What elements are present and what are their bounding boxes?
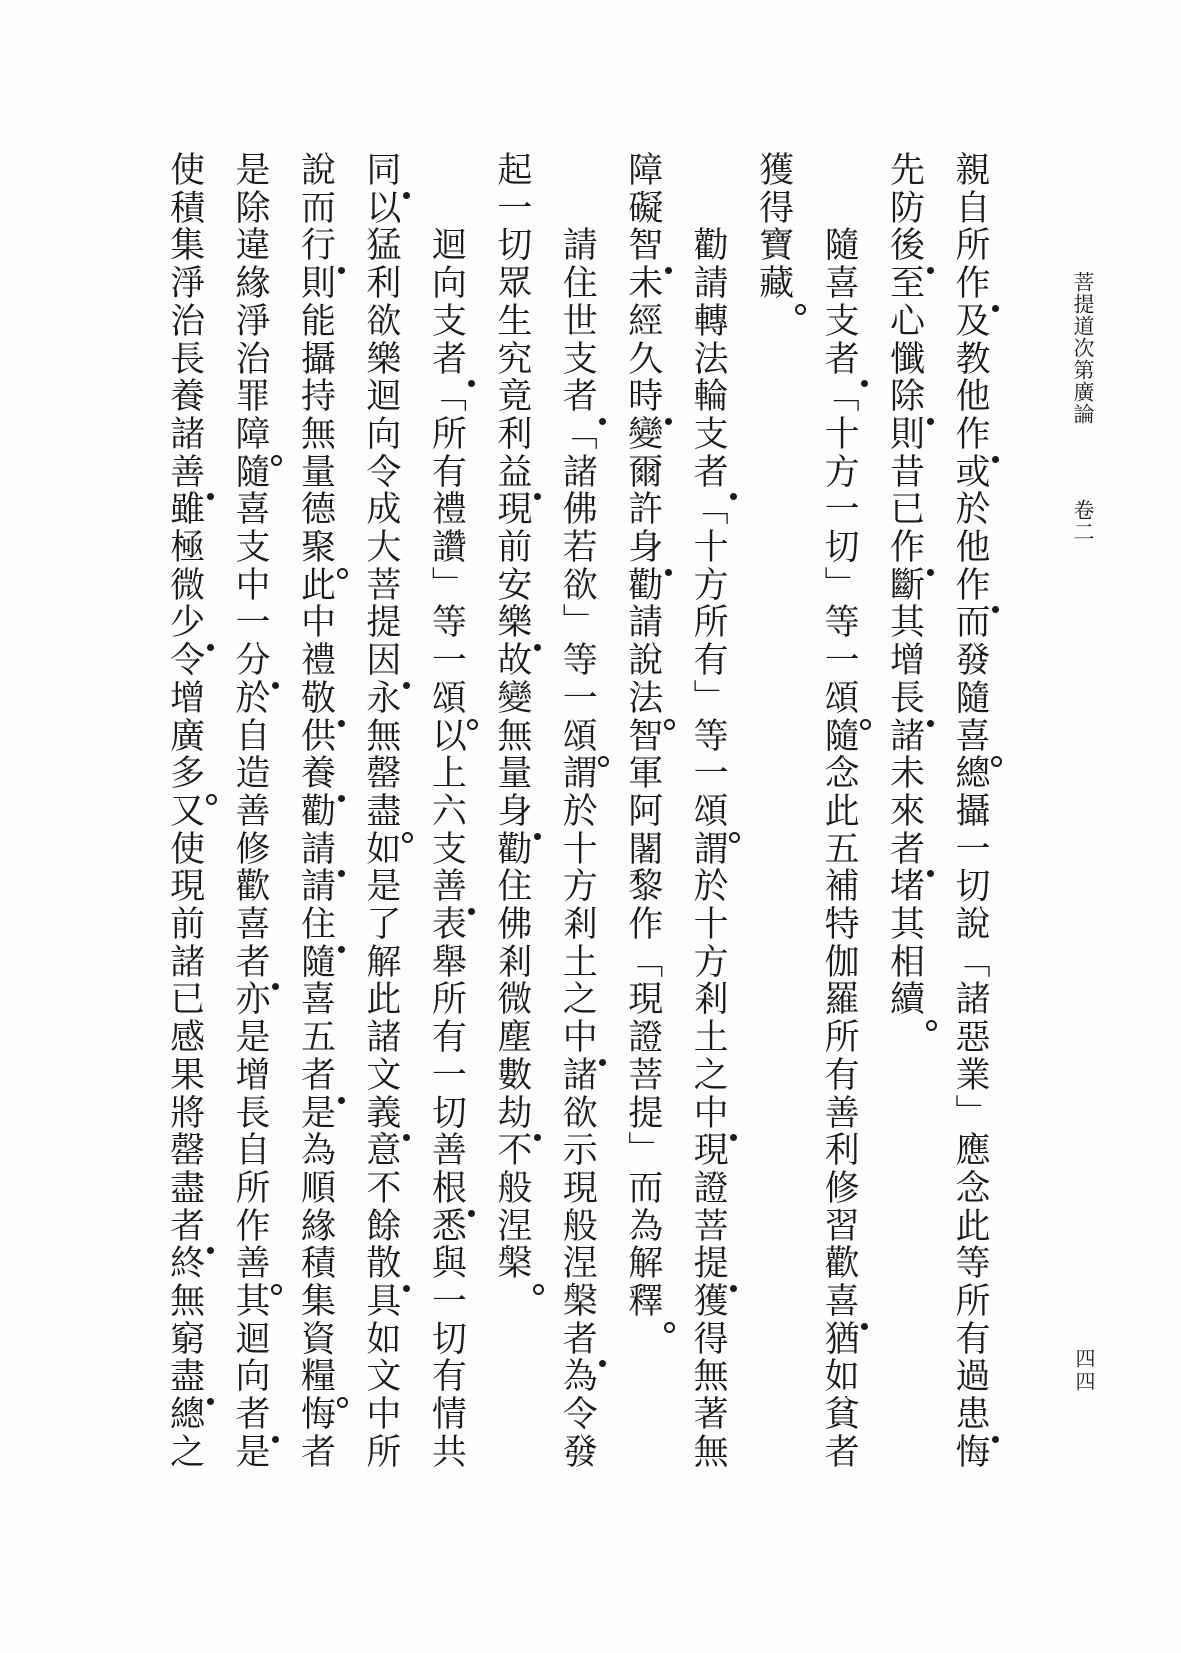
pause-dot-mark [730,1285,737,1292]
char-cell: 持 [301,378,337,416]
char-cell: 五 [301,1019,337,1057]
char-cell: 而 [955,604,991,642]
char-cell: 獲 [759,152,795,190]
period-circle-mark [467,719,478,730]
period-circle-mark [926,1020,937,1031]
char-cell: 方 [693,567,729,605]
char-cell: 頌 [824,680,860,718]
pause-dot-mark [338,870,345,877]
char-cell: 已 [890,491,926,529]
pause-dot-mark [534,644,541,651]
char-cell: 支 [431,303,467,341]
char-cell: 悉 [431,1208,467,1246]
char-cell: 自 [235,718,271,756]
char-cell: 根 [431,1170,467,1208]
char-cell: 者 [431,341,467,379]
char-cell: 積 [301,1245,337,1283]
char-cell: 菩 [693,1208,729,1246]
char-cell: 將 [170,1095,206,1133]
char-cell: 伽 [824,944,860,982]
char-cell: 中 [301,604,337,642]
char-cell: 又 [170,793,206,831]
char-cell: 為 [562,1358,598,1396]
char-cell: 治 [170,303,206,341]
char-cell: 具 [366,1283,402,1321]
char-cell: 提 [366,604,402,642]
char-cell: 增 [170,680,206,718]
pause-dot-mark [207,1247,214,1254]
char-cell: 謂 [562,755,598,793]
char-cell: 微 [170,567,206,605]
period-circle-mark [795,304,806,315]
char-cell: 向 [235,1358,271,1396]
char-cell: 所 [955,227,991,265]
pause-dot-mark [927,418,934,425]
char-cell: 勸 [693,227,729,265]
char-cell: ﹁ [628,944,664,982]
char-cell: 於 [693,868,729,906]
char-cell: 盡 [170,1358,206,1396]
char-cell: 現 [628,981,664,1019]
pause-dot-mark [534,493,541,500]
book-page: 菩提道次第廣論 卷二 四四 親自所作及教他作或於他作而發隨喜總攝一切說﹁諸惡業﹂… [0,0,1181,1653]
pause-dot-mark [992,1436,999,1443]
pause-dot-mark [403,1134,410,1141]
char-cell: 者 [693,454,729,492]
char-cell: 集 [301,1283,337,1321]
char-cell: 究 [497,341,533,379]
char-cell: 獲 [693,1283,729,1321]
char-cell: 習 [824,1208,860,1246]
char-cell: 菩 [366,567,402,605]
char-cell: 諸 [955,981,991,1019]
char-cell: 等 [693,718,729,756]
char-cell: 作 [235,1208,271,1246]
char-cell: 作 [955,567,991,605]
char-cell: 方 [562,868,598,906]
running-head-title: 菩提道次第廣論 [1071,271,1095,425]
char-cell: 使 [170,831,206,869]
char-cell: 順 [301,1170,337,1208]
period-circle-mark [402,832,413,843]
char-cell: 向 [431,265,467,303]
char-cell: 提 [628,1095,664,1133]
char-cell: 示 [562,1132,598,1170]
char-cell: 則 [301,265,337,303]
char-cell: 先 [890,152,926,190]
char-cell: 養 [170,378,206,416]
char-cell: 等 [562,642,598,680]
char-cell: 向 [366,416,402,454]
char-cell: 者 [235,1396,271,1434]
pause-dot-mark [468,1210,475,1217]
char-cell: 表 [431,906,467,944]
char-cell: 生 [497,303,533,341]
char-cell: 支 [235,529,271,567]
char-cell: 有 [955,1321,991,1359]
char-cell: 十 [562,831,598,869]
char-cell: 證 [628,1019,664,1057]
char-cell: 喜 [955,718,991,756]
char-cell: 解 [366,944,402,982]
char-cell: 分 [235,642,271,680]
char-cell: 自 [235,1132,271,1170]
char-cell: ﹁ [955,944,991,982]
char-cell: 諸 [890,718,926,756]
char-cell: 積 [170,190,206,228]
char-cell: 補 [824,868,860,906]
char-cell: 集 [170,227,206,265]
char-cell: 智 [628,718,664,756]
period-circle-mark [337,1397,348,1408]
char-cell: 一 [955,831,991,869]
char-cell: 行 [301,227,337,265]
period-circle-mark [206,794,217,805]
period-circle-mark [729,832,740,843]
char-cell: 量 [497,755,533,793]
char-cell: 者 [890,831,926,869]
char-cell: 支 [824,303,860,341]
char-cell: 令 [562,1396,598,1434]
char-cell: 說 [955,906,991,944]
char-cell: 防 [890,190,926,228]
char-cell: 終 [170,1245,206,1283]
char-cell: 劫 [497,1095,533,1133]
char-cell: 善 [824,1095,860,1133]
char-cell: 其 [890,604,926,642]
char-cell: 隨 [955,680,991,718]
char-cell: 自 [955,190,991,228]
char-cell: 悔 [955,1434,991,1472]
pause-dot-mark [730,493,737,500]
char-cell: 一 [693,755,729,793]
char-cell: 方 [693,944,729,982]
char-cell: 身 [497,793,533,831]
char-cell: 此 [824,793,860,831]
char-cell: 一 [431,642,467,680]
char-cell: 所 [431,981,467,1019]
char-cell: ﹂ [955,1095,991,1133]
char-cell: 現 [562,1170,598,1208]
char-cell: 少 [170,604,206,642]
char-cell: 住 [562,265,598,303]
char-cell: 無 [497,718,533,756]
char-cell: 微 [497,981,533,1019]
period-circle-mark [533,1284,544,1295]
char-cell: 障 [235,416,271,454]
char-cell: 五 [824,831,860,869]
char-cell: 或 [955,454,991,492]
period-circle-mark [271,1284,282,1295]
char-cell: 羅 [824,981,860,1019]
char-cell: 緣 [235,265,271,303]
pause-dot-mark [534,833,541,840]
char-cell: 喜 [824,1283,860,1321]
char-cell: 懺 [890,341,926,379]
char-cell: 等 [431,604,467,642]
char-cell: 安 [497,567,533,605]
char-cell: 敬 [301,680,337,718]
char-cell: 所 [431,416,467,454]
char-cell: 是 [235,152,271,190]
char-cell: 經 [628,303,664,341]
char-cell: 隨 [235,454,271,492]
char-cell: 他 [955,378,991,416]
char-cell: 糧 [301,1358,337,1396]
char-cell: 者 [301,1057,337,1095]
char-cell: 不 [366,1170,402,1208]
char-cell: 罄 [170,1132,206,1170]
char-cell: 十 [693,906,729,944]
char-cell: 得 [759,190,795,228]
char-cell: 盡 [170,1170,206,1208]
char-cell: 作 [955,416,991,454]
char-cell: 情 [431,1396,467,1434]
char-cell: 共 [431,1434,467,1472]
char-cell: 現 [693,1132,729,1170]
char-cell: 諸 [170,416,206,454]
char-cell: 能 [301,303,337,341]
char-cell: 於 [562,793,598,831]
char-cell: 未 [628,265,664,303]
char-cell: ﹁ [824,378,860,416]
char-cell: 變 [628,416,664,454]
char-cell: 同 [366,152,402,190]
pause-dot-mark [665,569,672,576]
char-cell: 義 [366,1095,402,1133]
char-cell: ﹂ [431,567,467,605]
char-cell: 竟 [497,378,533,416]
char-cell: 為 [301,1132,337,1170]
period-circle-mark [991,756,1002,767]
char-cell: 久 [628,341,664,379]
char-cell: 修 [824,1170,860,1208]
pause-dot-mark [207,644,214,651]
char-cell: 如 [824,1358,860,1396]
char-cell: 欲 [562,567,598,605]
char-cell: 有 [431,454,467,492]
char-cell: 已 [170,981,206,1019]
char-cell: 無 [366,718,402,756]
char-cell: 法 [628,680,664,718]
pause-dot-mark [599,1059,606,1066]
char-cell: 之 [693,1057,729,1095]
char-cell: 患 [955,1396,991,1434]
char-cell: 喜 [824,265,860,303]
char-cell: 上 [431,755,467,793]
char-cell: 樂 [497,604,533,642]
char-cell: 礙 [628,190,664,228]
char-cell: 爾 [628,454,664,492]
char-cell: 迴 [431,227,467,265]
char-cell: 喜 [301,981,337,1019]
pause-dot-mark [468,380,475,387]
char-cell: 餘 [366,1208,402,1246]
char-cell: ﹁ [431,378,467,416]
char-cell: 其 [235,1283,271,1321]
char-cell: 若 [562,529,598,567]
pause-dot-mark [272,1436,279,1443]
char-cell: 極 [170,529,206,567]
char-cell: 塵 [497,1019,533,1057]
char-cell: 者 [824,1434,860,1472]
char-cell: 猶 [824,1321,860,1359]
running-head-volume: 卷二 [1071,499,1095,543]
char-cell: 發 [562,1434,598,1472]
char-cell: 至 [890,265,926,303]
char-cell: 過 [955,1358,991,1396]
char-cell: 一 [824,642,860,680]
char-cell: 未 [890,755,926,793]
pause-dot-mark [338,1097,345,1104]
period-circle-mark [598,756,609,767]
pause-dot-mark [338,267,345,274]
char-cell: 是 [235,1434,271,1472]
char-cell: 者 [562,1321,598,1359]
char-cell: 增 [890,642,926,680]
pause-dot-mark [272,983,279,990]
char-cell: 等 [955,1245,991,1283]
char-cell: 土 [693,1019,729,1057]
char-cell: 請 [301,831,337,869]
char-cell: 數 [497,1057,533,1095]
pause-dot-mark [468,908,475,915]
char-cell: 之 [562,981,598,1019]
char-cell: 令 [170,642,206,680]
char-cell: 轉 [693,303,729,341]
char-cell: 此 [366,981,402,1019]
char-cell: 淨 [170,265,206,303]
page-number: 四四 [1072,1348,1094,1394]
char-cell: 而 [628,1170,664,1208]
char-cell: 利 [366,265,402,303]
char-cell: 以 [366,190,402,228]
char-cell: 量 [301,454,337,492]
char-cell: ﹂ [628,1132,664,1170]
char-cell: 散 [366,1245,402,1283]
char-cell: 諸 [562,1057,598,1095]
char-cell: ﹁ [562,416,598,454]
char-cell: 是 [235,1019,271,1057]
char-cell: 時 [628,378,664,416]
pause-dot-mark [861,380,868,387]
char-cell: 隨 [824,718,860,756]
char-cell: 十 [824,416,860,454]
char-cell: 剎 [497,944,533,982]
char-cell: 證 [693,1170,729,1208]
char-cell: 一 [497,190,533,228]
char-cell: 請 [693,265,729,303]
pause-dot-mark [403,682,410,689]
char-cell: 喜 [235,491,271,529]
char-cell: 土 [562,944,598,982]
char-cell: 住 [497,868,533,906]
char-cell: 有 [693,642,729,680]
char-cell: 廣 [170,718,206,756]
char-cell: 軍 [628,755,664,793]
period-circle-mark [664,1322,675,1333]
char-cell: 歡 [824,1245,860,1283]
pause-dot-mark [992,305,999,312]
char-cell: 親 [955,152,991,190]
char-cell: 有 [824,1057,860,1095]
char-cell: 造 [235,755,271,793]
char-cell: 無 [170,1283,206,1321]
char-cell: 智 [628,227,664,265]
char-cell: 感 [170,1019,206,1057]
char-cell: 一 [235,604,271,642]
char-cell: 一 [431,1283,467,1321]
char-cell: 長 [170,341,206,379]
char-cell: 應 [955,1132,991,1170]
char-cell: 文 [366,1057,402,1095]
char-cell: 於 [955,491,991,529]
char-cell: 隨 [301,944,337,982]
char-cell: 切 [497,227,533,265]
char-cell: 作 [628,906,664,944]
pause-dot-mark [927,267,934,274]
char-cell: 解 [628,1245,664,1283]
char-cell: 前 [497,529,533,567]
char-cell: 成 [366,491,402,529]
char-cell: 不 [497,1132,533,1170]
char-cell: 迴 [366,378,402,416]
pause-dot-mark [992,606,999,613]
pause-dot-mark [730,1134,737,1141]
pause-dot-mark [599,418,606,425]
pause-dot-mark [992,456,999,463]
pause-dot-mark [403,192,410,199]
char-cell: 與 [431,1245,467,1283]
char-cell: 切 [824,529,860,567]
char-cell: 總 [170,1396,206,1434]
char-cell: 支 [693,416,729,454]
char-cell: 亦 [235,981,271,1019]
char-cell: 世 [562,303,598,341]
char-cell: 修 [235,831,271,869]
char-cell: ﹂ [824,567,860,605]
char-cell: 所 [235,1170,271,1208]
char-cell: 德 [301,491,337,529]
char-cell: 諸 [366,1019,402,1057]
char-cell: 等 [824,604,860,642]
char-cell: 得 [693,1321,729,1359]
char-cell: 昔 [890,454,926,492]
char-cell: 念 [955,1170,991,1208]
char-cell: 於 [235,680,271,718]
char-cell: 涅 [562,1245,598,1283]
char-cell: 永 [366,680,402,718]
char-cell: 前 [170,906,206,944]
char-cell: 心 [890,303,926,341]
char-cell: 罄 [366,755,402,793]
char-cell: 般 [497,1170,533,1208]
char-cell: 念 [824,755,860,793]
char-cell: 中 [693,1095,729,1133]
char-cell: 提 [693,1245,729,1283]
char-cell: 者 [562,378,598,416]
char-cell: 如 [366,831,402,869]
char-cell: ﹁ [693,491,729,529]
char-cell: 說 [628,642,664,680]
char-cell: 其 [890,906,926,944]
char-cell: 喜 [235,906,271,944]
char-cell: 釋 [628,1283,664,1321]
char-cell: 許 [628,491,664,529]
char-cell: 佛 [497,906,533,944]
char-cell: 有 [431,1019,467,1057]
char-cell: 障 [628,152,664,190]
